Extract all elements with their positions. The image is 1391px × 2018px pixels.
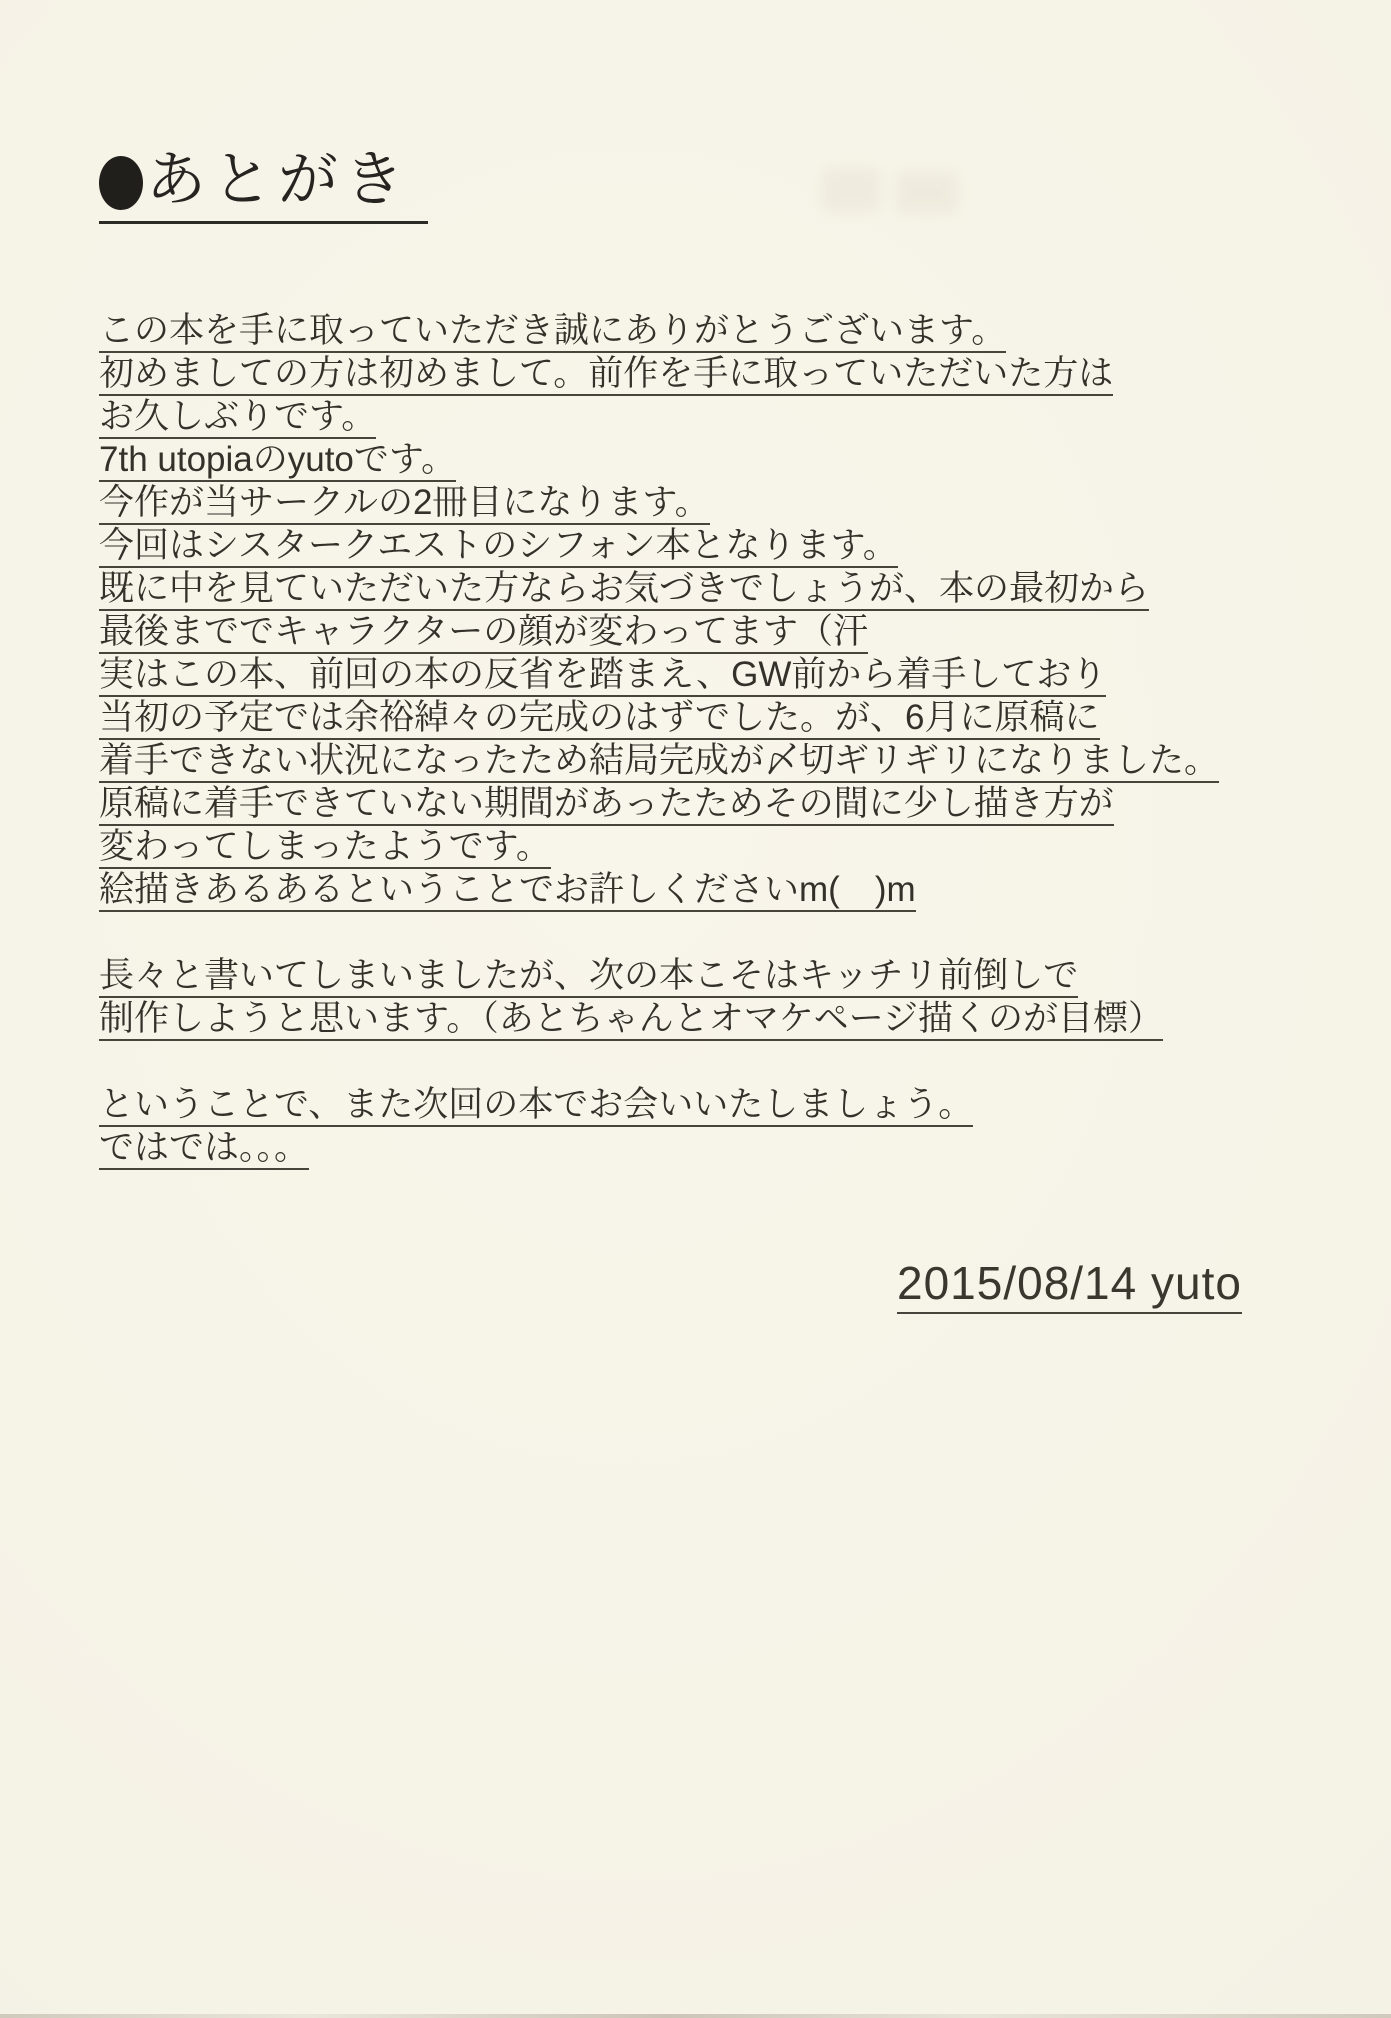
body-line: 実はこの本、前回の本の反省を踏まえ、GW前から着手しており — [99, 653, 1219, 696]
scan-bleedthrough-ghost — [896, 172, 958, 214]
body-line: 今回はシスタークエストのシフォン本となります。 — [99, 524, 1219, 567]
body-line: 長々と書いてしまいましたが、次の本こそはキッチリ前倒しで — [99, 954, 1219, 997]
paragraph-gap — [99, 1040, 1219, 1083]
bullet-circle-icon — [99, 156, 143, 210]
body-line: 着手できない状況になったため結局完成が〆切ギリギリになりました。 — [99, 739, 1219, 782]
body-line: 初めましての方は初めまして。前作を手に取っていただいた方は — [99, 352, 1219, 395]
body-line: 7th utopiaのyutoです。 — [99, 438, 1219, 481]
paragraph-gap — [99, 911, 1219, 954]
body-line: 原稿に着手できていない期間があったためその間に少し描き方が — [99, 782, 1219, 825]
body-line: 絵描きあるあるということでお許しくださいm( )m — [99, 868, 1219, 911]
page-title-text: あとがき — [146, 147, 410, 213]
body-line: 変わってしまったようです。 — [99, 825, 1219, 868]
body-line: ということで、また次回の本でお会いいたしましょう。 — [99, 1083, 1219, 1126]
scanner-edge-artifact — [0, 2014, 1391, 2018]
body-line: お久しぶりです。 — [99, 395, 1219, 438]
scanned-afterword-page: あとがき この本を手に取っていただき誠にありがとうございます。 初めましての方は… — [0, 0, 1391, 2018]
signature-date: 2015/08/14 yuto — [897, 1256, 1242, 1310]
body-line: この本を手に取っていただき誠にありがとうございます。 — [99, 309, 1219, 352]
page-title: あとがき — [99, 146, 428, 224]
body-line: 制作しようと思います。（あとちゃんとオマケページ描くのが目標） — [99, 997, 1219, 1040]
body-line: 当初の予定では余裕綽々の完成のはずでした。が、6月に原稿に — [99, 696, 1219, 739]
body-line: 今作が当サークルの2冊目になります。 — [99, 481, 1219, 524]
body-line: 最後まででキャラクターの顔が変わってます（汗 — [99, 610, 1219, 653]
afterword-body: この本を手に取っていただき誠にありがとうございます。 初めましての方は初めまして… — [99, 309, 1219, 1169]
body-line: 既に中を見ていただいた方ならお気づきでしょうが、本の最初から — [99, 567, 1219, 610]
title-underline: あとがき — [99, 146, 428, 224]
body-line: ではでは。。。 — [99, 1126, 1219, 1169]
scan-bleedthrough-ghost — [822, 168, 880, 212]
